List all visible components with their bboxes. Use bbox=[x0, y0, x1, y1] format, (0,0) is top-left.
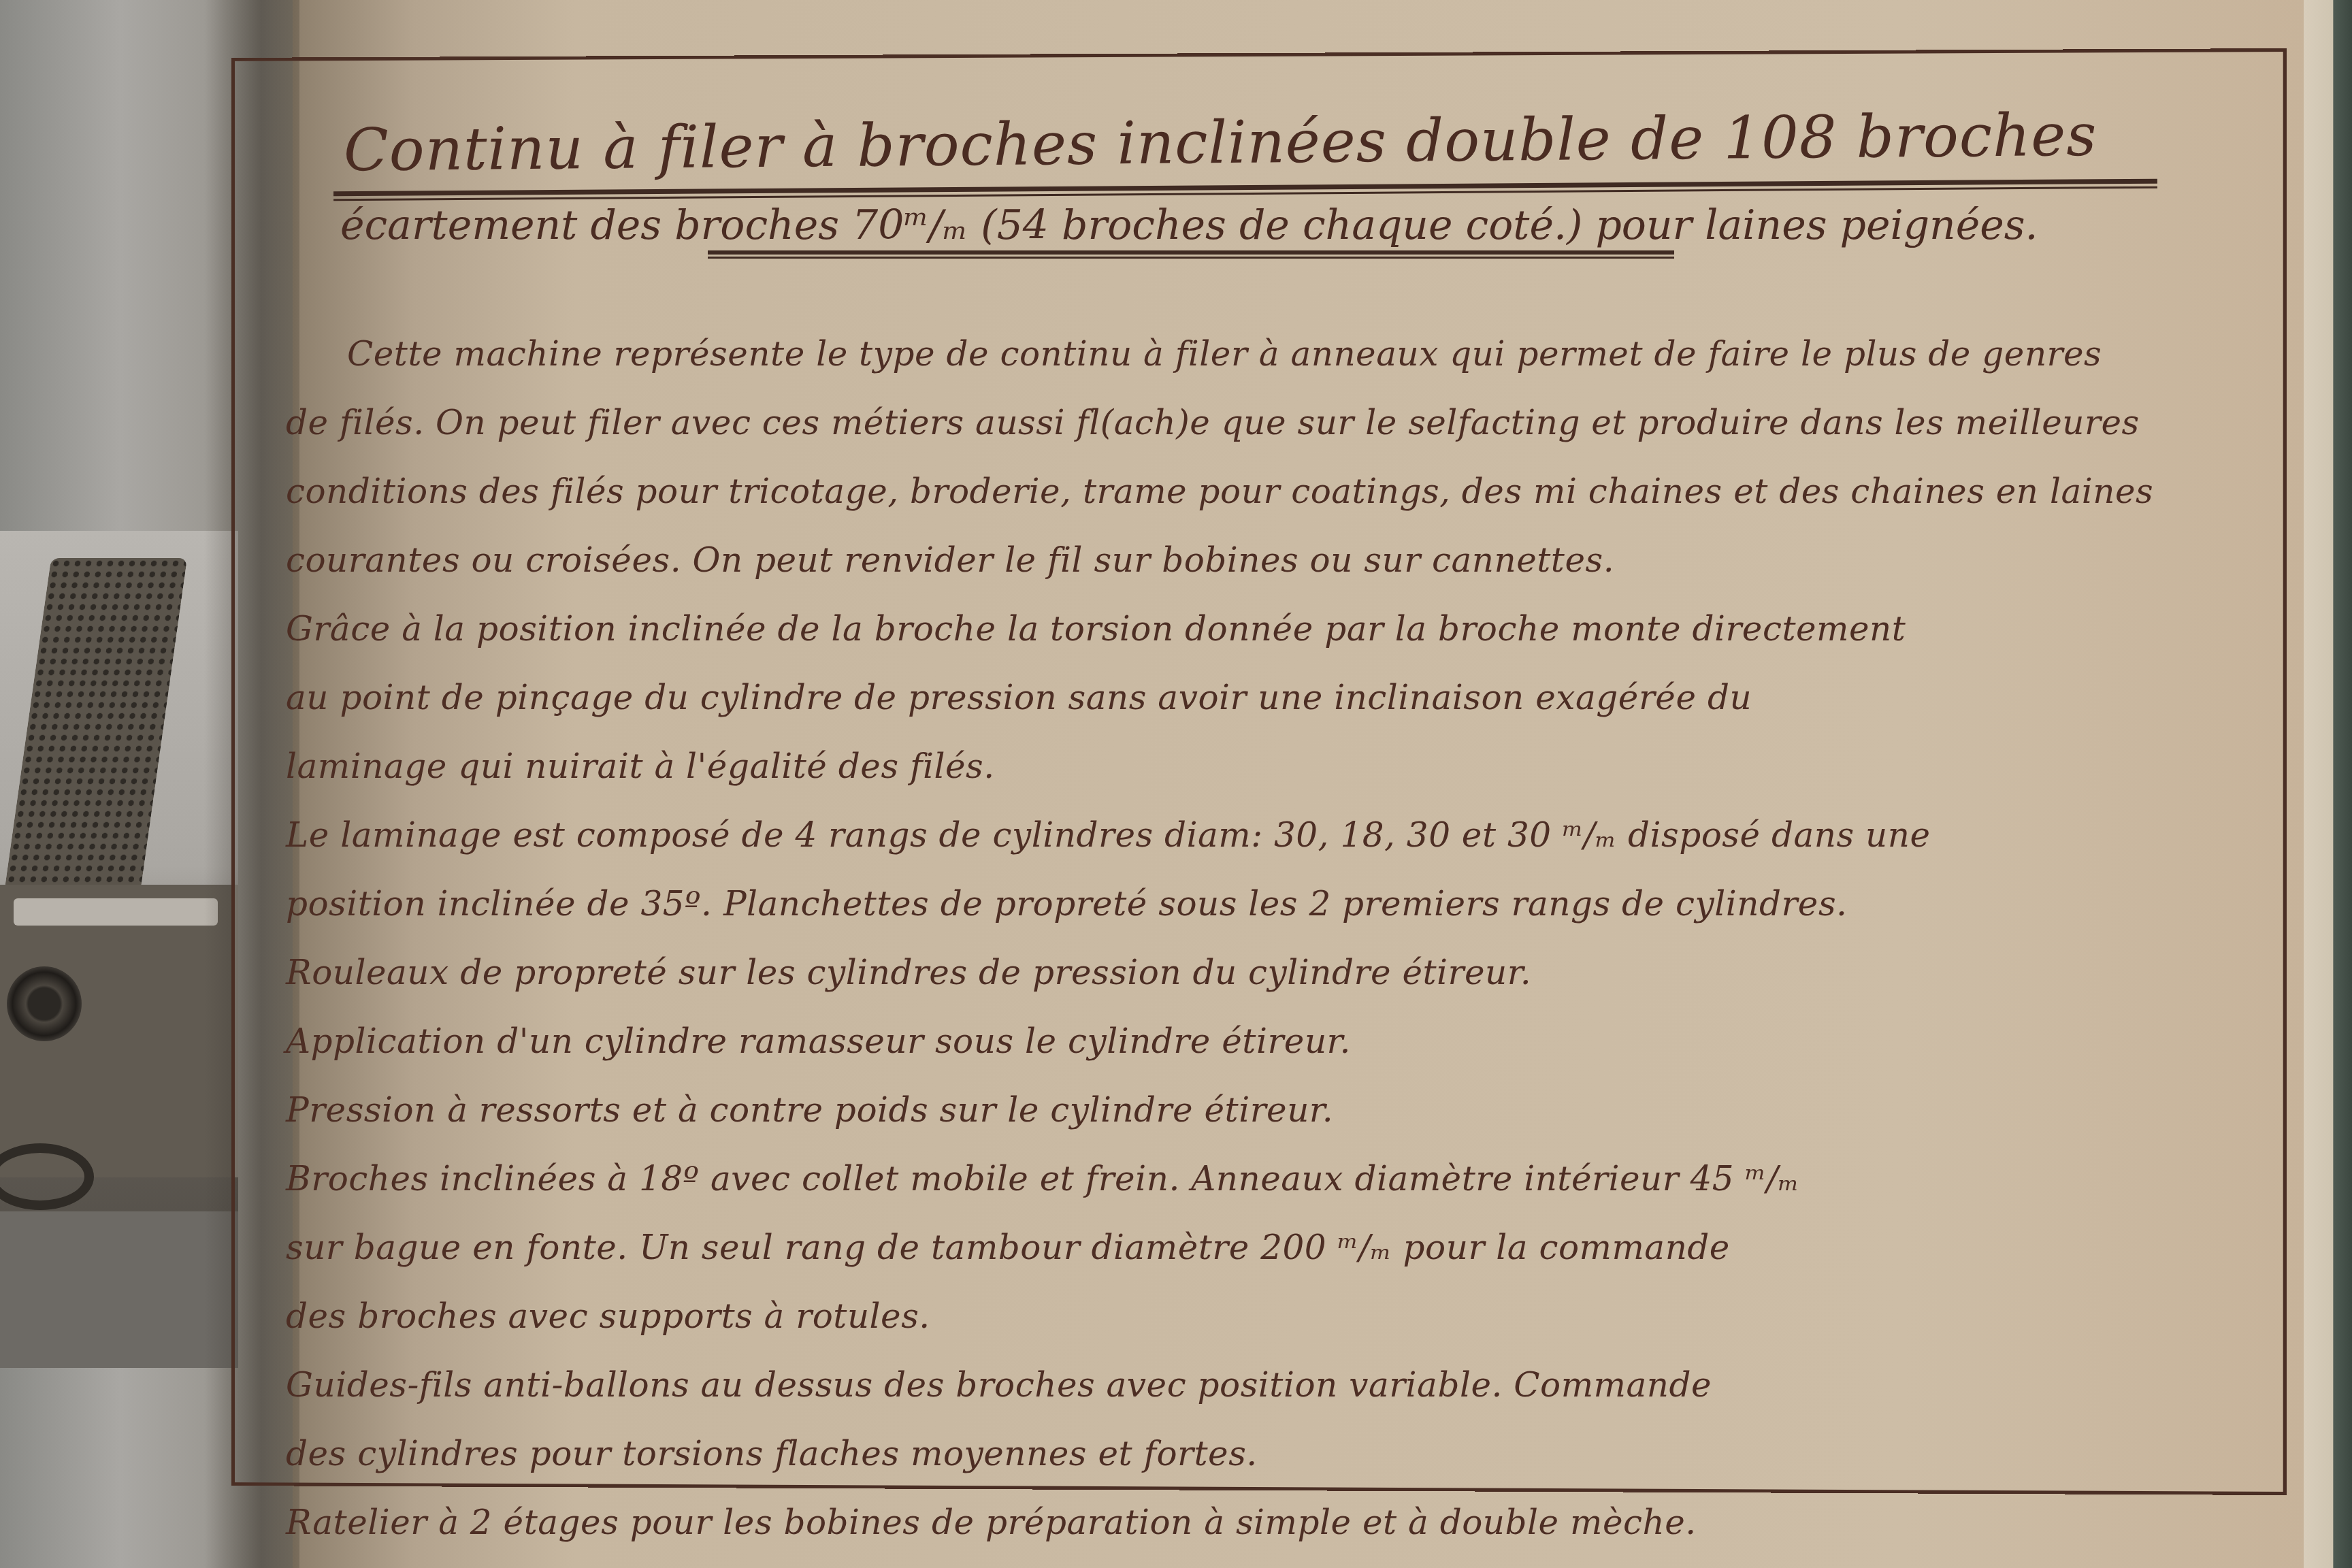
page-subtitle: écartement des broches 70ᵐ/ₘ (54 broches… bbox=[340, 201, 2038, 249]
body-line: Guides-fils anti-ballons au dessus des b… bbox=[286, 1351, 2246, 1420]
body-line: sur bague en fonte. Un seul rang de tamb… bbox=[286, 1213, 2246, 1282]
body-line: Application d'un cylindre ramasseur sous… bbox=[286, 1007, 2246, 1076]
body-line: Grâce à la position inclinée de la broch… bbox=[286, 595, 2246, 664]
subtitle-underline bbox=[708, 250, 1674, 259]
body-line: des cylindres pour torsions flaches moye… bbox=[286, 1420, 2246, 1488]
machine-photo bbox=[0, 531, 238, 1368]
creel-illustration bbox=[3, 558, 187, 898]
body-line: courantes ou croisées. On peut renvider … bbox=[286, 526, 2246, 595]
body-line: Le laminage est composé de 4 rangs de cy… bbox=[286, 801, 2246, 870]
body-line: Pression à ressorts et à contre poids su… bbox=[286, 1076, 2246, 1145]
body-line: au point de pinçage du cylindre de press… bbox=[286, 664, 2246, 732]
body-line: de filés. On peut filer avec ces métiers… bbox=[286, 389, 2246, 457]
body-line: Broches inclinées à 18º avec collet mobi… bbox=[286, 1145, 2246, 1213]
document-body: Cette machine représente le type de cont… bbox=[286, 320, 2246, 1557]
page-edge bbox=[2304, 0, 2352, 1568]
body-line: des broches avec supports à rotules. bbox=[286, 1282, 2246, 1351]
body-line: Cette machine représente le type de cont… bbox=[286, 320, 2246, 389]
machine-beam bbox=[14, 898, 218, 926]
body-line: laminage qui nuirait à l'égalité des fil… bbox=[286, 732, 2246, 801]
body-line: position inclinée de 35º. Planchettes de… bbox=[286, 870, 2246, 938]
floor bbox=[0, 1211, 238, 1368]
body-line: Rouleaux de propreté sur les cylindres d… bbox=[286, 938, 2246, 1007]
body-line: Ratelier à 2 étages pour les bobines de … bbox=[286, 1488, 2246, 1557]
gear-icon bbox=[7, 966, 82, 1041]
body-line: conditions des filés pour tricotage, bro… bbox=[286, 457, 2246, 526]
